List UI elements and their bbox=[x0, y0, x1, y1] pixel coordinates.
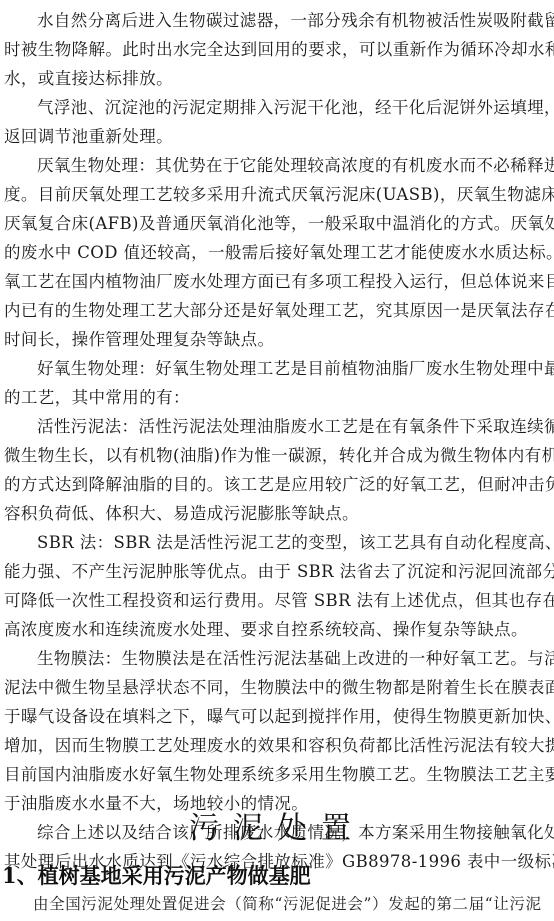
text-line: 度。目前厌氧处理工艺较多采用升流式厌氧污泥床(UASB)，厌氧生物滤床(AF)， bbox=[4, 180, 550, 209]
paragraph: 好氧生物处理：好氧生物处理工艺是目前植物油脂厂废水生物处理中最重要的工艺，其中常… bbox=[0, 354, 554, 412]
text-line: 泥法中微生物呈悬浮状态不同，生物膜法中的微生物都是附着生长在膜表面，由 bbox=[4, 673, 550, 702]
text-line: 厌氧生物处理：其优势在于它能处理较高浓度的有机废水而不必稀释进水浓 bbox=[4, 151, 550, 180]
text-line: 的方式达到降解油脂的目的。该工艺是应用较广泛的好氧工艺，但耐冲击负荷差、 bbox=[4, 470, 550, 499]
text-line: 活性污泥法：活性污泥法处理油脂废水工艺是在有氧条件下采取连续循环的 bbox=[4, 412, 550, 441]
text-line: 气浮池、沉淀池的污泥定期排入污泥干化池，经干化后泥饼外运填埋，滤液 bbox=[4, 93, 550, 122]
text-line: 微生物生长，以有机物(油脂)作为惟一碳源，转化并合成为微生物体内有机成分 bbox=[4, 441, 550, 470]
paragraph: 生物膜法：生物膜法是在活性污泥法基础上改进的一种好氧工艺。与活性污泥法中微生物呈… bbox=[0, 644, 554, 818]
text-line: 内已有的生物处理工艺大部分还是好氧处理工艺，究其原因一是厌氧法存在启动 bbox=[4, 296, 550, 325]
paragraph: 厌氧生物处理：其优势在于它能处理较高浓度的有机废水而不必稀释进水浓度。目前厌氧处… bbox=[0, 151, 554, 354]
text-line: SBR 法：SBR 法是活性污泥工艺的变型，该工艺具有自动化程度高、抗冲击 bbox=[4, 528, 550, 557]
text-line: 时被生物降解。此时出水完全达到回用的要求，可以重新作为循环冷却水和杂用 bbox=[4, 35, 550, 64]
body-text: 水自然分离后进入生物碳过滤器，一部分残余有机物被活性炭吸附截留，同时被生物降解。… bbox=[0, 0, 554, 876]
text-line: 水自然分离后进入生物碳过滤器，一部分残余有机物被活性炭吸附截留，同 bbox=[4, 6, 550, 35]
document-page: 水自然分离后进入生物碳过滤器，一部分残余有机物被活性炭吸附截留，同时被生物降解。… bbox=[0, 0, 554, 876]
text-line: 高浓度废水和连续流废水处理、要求自控系统较高、操作复杂等缺点。 bbox=[4, 615, 550, 644]
text-line: 能力强、不产生污泥肿胀等优点。由于 SBR 法省去了沉淀和污泥回流部分，因而 bbox=[4, 557, 550, 586]
text-line: 时间长，操作管理处理复杂等缺点。 bbox=[4, 325, 550, 354]
text-line: 容积负荷低、体积大、易造成污泥膨胀等缺点。 bbox=[4, 499, 550, 528]
text-line: 的废水中 COD 值还较高，一般需后接好氧处理工艺才能使废水水质达标。尽管厌 bbox=[4, 238, 550, 267]
paragraph: 气浮池、沉淀池的污泥定期排入污泥干化池，经干化后泥饼外运填埋，滤液返回调节池重新… bbox=[0, 93, 554, 151]
subsection-heading: 1、植树基地采用污泥产物做基肥 bbox=[2, 860, 311, 890]
section-title: 污泥处置 bbox=[0, 803, 554, 847]
last-paragraph-line: 由全国污泥处理处置促进会（简称“污泥促进会”）发起的第二届“让污泥 bbox=[0, 890, 554, 919]
text-line: 返回调节池重新处理。 bbox=[4, 122, 550, 151]
text-line: 氧工艺在国内植物油厂废水处理方面已有多项工程投入运行，但总体说来目前国 bbox=[4, 267, 550, 296]
paragraph: SBR 法：SBR 法是活性污泥工艺的变型，该工艺具有自动化程度高、抗冲击能力强… bbox=[0, 528, 554, 644]
text-line: 于曝气设备设在填料之下，曝气可以起到搅拌作用，使得生物膜更新加快、活性 bbox=[4, 702, 550, 731]
paragraph: 活性污泥法：活性污泥法处理油脂废水工艺是在有氧条件下采取连续循环的微生物生长，以… bbox=[0, 412, 554, 528]
paragraph: 水自然分离后进入生物碳过滤器，一部分残余有机物被活性炭吸附截留，同时被生物降解。… bbox=[0, 6, 554, 93]
text-line: 增加，因而生物膜工艺处理废水的效果和容积负荷都比活性污泥法有较大提高， bbox=[4, 731, 550, 760]
text-line: 生物膜法：生物膜法是在活性污泥法基础上改进的一种好氧工艺。与活性污 bbox=[4, 644, 550, 673]
text-line: 厌氧复合床(AFB)及普通厌氧消化池等，一般采取中温消化的方式。厌氧处理后 bbox=[4, 209, 550, 238]
text-line: 水，或直接达标排放。 bbox=[4, 64, 550, 93]
text-line: 可降低一次性工程投资和运行费用。尽管 SBR 法有上述优点，但其也存在不适应 bbox=[4, 586, 550, 615]
text-line: 目前国内油脂废水好氧生物处理系统多采用生物膜工艺。生物膜法工艺主要适用 bbox=[4, 760, 550, 789]
text-line: 好氧生物处理：好氧生物处理工艺是目前植物油脂厂废水生物处理中最重要 bbox=[4, 354, 550, 383]
text-line: 的工艺，其中常用的有： bbox=[4, 383, 550, 412]
